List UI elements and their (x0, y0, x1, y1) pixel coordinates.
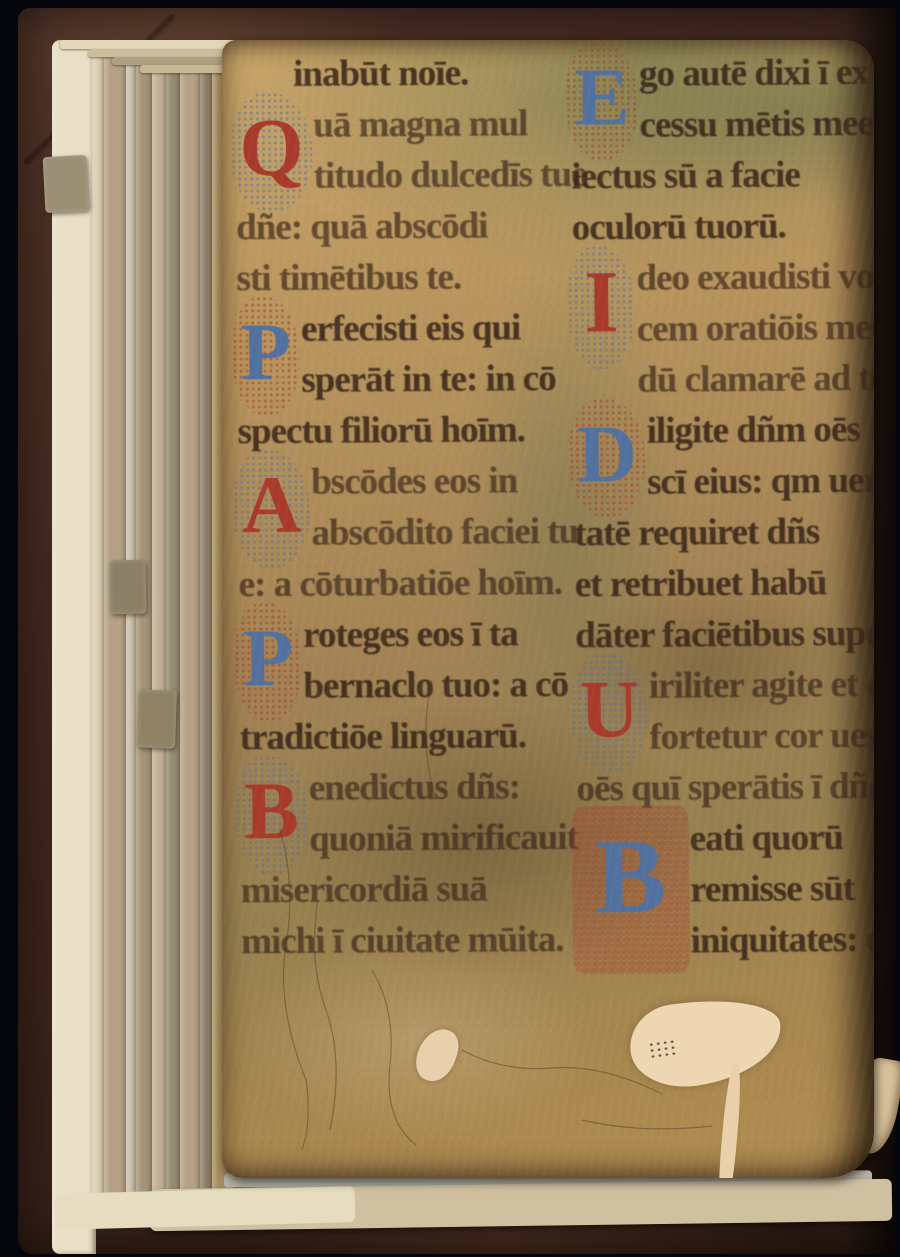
leaf-edge-stack (52, 40, 234, 1216)
right-text-column: E go autē dixi ī ex cessu mētis mee: iec… (570, 47, 874, 968)
manuscript-line: oculorū tuorū. (571, 200, 871, 254)
verse-block: U iriliter agite et cō fortetur cor uest… (575, 659, 874, 815)
manuscript-line: et retribuet habū (574, 557, 874, 611)
verse-block: B eati quorū remisse sūt iniquitates: et… (577, 812, 874, 968)
flyleaf-edge (52, 40, 96, 1254)
illuminated-initial-D: D (577, 410, 637, 507)
manuscript-line: michi ī ciuitate mūita. (241, 914, 575, 967)
illuminated-initial-U: U (579, 665, 639, 762)
illuminated-initial-I: I (576, 257, 627, 357)
manuscript-line: inabūt noīe. (235, 47, 569, 100)
repair-patch (411, 1023, 464, 1086)
left-text-column: inabūt noīe. Q uā magna mul titudo dulce… (235, 47, 575, 967)
top-leaf-edge (60, 40, 236, 49)
illuminated-initial-B-large: B (581, 817, 681, 962)
verse-block: E go autē dixi ī ex cessu mētis mee: iec… (570, 47, 872, 254)
repair-patch (625, 990, 787, 1094)
illuminated-initial-B: B (244, 767, 299, 863)
verse-block: P roteges eos ī ta bernaclo tuo: a cō tr… (239, 608, 574, 763)
verse-block: inabūt noīe. (235, 47, 569, 100)
manuscript-line: e: a cōturbatiōe hoīm. (238, 557, 572, 610)
verse-block: Q uā magna mul titudo dulcedīs tue dñe: … (235, 98, 570, 304)
verse-block: B enedictus dñs: quoniā mirificauit mise… (240, 761, 575, 967)
verse-block: D iligite dñm oēs scī eius: qm ueri tatē… (573, 404, 874, 662)
verse-block: P erfecisti eis qui sperāt in te: in cō … (237, 302, 572, 457)
manuscript-line: sti timētibus te. (236, 251, 570, 304)
illuminated-initial-E: E (574, 53, 630, 149)
top-leaf-edge (88, 49, 238, 57)
illuminated-initial-P: P (243, 614, 294, 710)
illuminated-initial-Q: Q (239, 104, 303, 200)
verse-block: I deo exaudisti vo cem oratiōis mee: dū … (572, 251, 873, 407)
bookmark-tab (110, 560, 147, 615)
bookmark-tab (43, 155, 90, 213)
manuscript-line: dāter faciētibus superbiā. (575, 608, 874, 662)
illuminated-initial-A: A (242, 461, 302, 557)
leaf-edge (180, 40, 202, 1216)
manuscript-line: tradictiōe linguarū. (239, 710, 573, 763)
leaf-edge (104, 40, 128, 1216)
vellum-page: inabūt noīe. Q uā magna mul titudo dulce… (222, 40, 874, 1178)
verse-block: A bscōdes eos in abscōdito faciei tu e: … (238, 455, 573, 610)
illuminated-initial-P: P (241, 308, 292, 404)
bookmark-tab (137, 689, 177, 748)
manuscript-line: misericordiā suā (240, 863, 574, 916)
top-leaf-edge (112, 57, 240, 65)
manuscript-line: spectu filiorū hoīm. (237, 404, 571, 457)
